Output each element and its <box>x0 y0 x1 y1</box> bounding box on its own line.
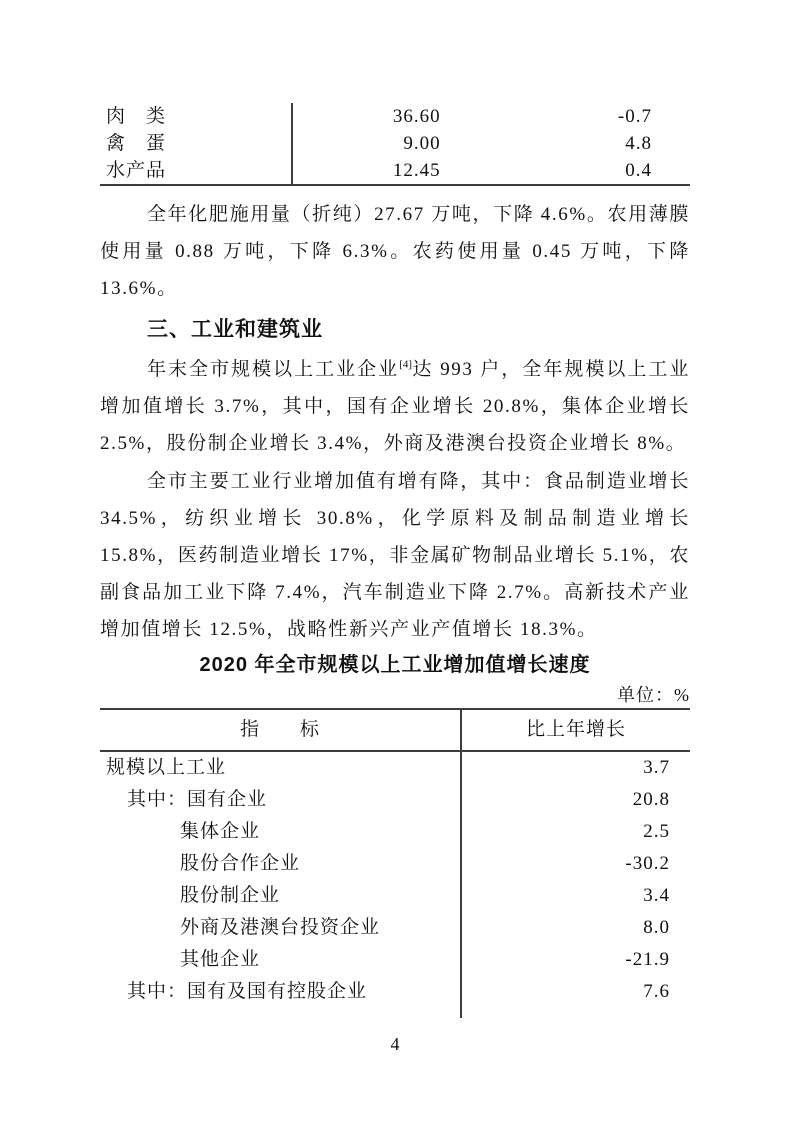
product-growth-cell: 0.4 <box>441 157 690 185</box>
table-row: 水产品 12.45 0.4 <box>100 157 690 185</box>
product-output-cell: 36.60 <box>292 103 441 130</box>
indicator-cell: 其中：国有及国有控股企业 <box>100 976 461 1018</box>
indicator-cell: 规模以上工业 <box>100 751 461 784</box>
footnote-marker: [4] <box>399 359 412 371</box>
table-row: 其中：国有企业 20.8 <box>100 784 690 816</box>
product-name-cell: 水产品 <box>100 157 292 185</box>
unit-label: 单位：% <box>100 682 690 708</box>
product-output-cell: 9.00 <box>292 130 441 157</box>
table-header-row: 指 标 比上年增长 <box>100 709 690 751</box>
header-indicator: 指 标 <box>100 709 461 751</box>
table-row: 集体企业 2.5 <box>100 816 690 848</box>
value-cell: 7.6 <box>461 976 690 1018</box>
indicator-cell: 其他企业 <box>100 944 461 976</box>
product-output-cell: 12.45 <box>292 157 441 185</box>
value-cell: 8.0 <box>461 912 690 944</box>
table-row: 股份合作企业 -30.2 <box>100 848 690 880</box>
value-cell: 3.7 <box>461 751 690 784</box>
page-number: 4 <box>100 1032 690 1056</box>
paragraph-industry: 年末全市规模以上工业企业[4]达 993 户，全年规模以上工业增加值增长 3.7… <box>100 351 690 462</box>
product-name-cell: 禽 蛋 <box>100 130 292 157</box>
paragraph-fertilizer: 全年化肥施用量（折纯）27.67 万吨，下降 4.6%。农用薄膜使用量 0.88… <box>100 196 690 307</box>
table-row: 其他企业 -21.9 <box>100 944 690 976</box>
paragraph-sectors: 全市主要工业行业增加值有增有降，其中：食品制造业增长 34.5%，纺织业增长 3… <box>100 463 690 648</box>
indicator-cell: 股份合作企业 <box>100 848 461 880</box>
value-cell: -30.2 <box>461 848 690 880</box>
value-cell: -21.9 <box>461 944 690 976</box>
table-row: 规模以上工业 3.7 <box>100 751 690 784</box>
indicator-cell: 其中：国有企业 <box>100 784 461 816</box>
indicator-cell: 股份制企业 <box>100 880 461 912</box>
document-page: 肉 类 36.60 -0.7 禽 蛋 9.00 4.8 水产品 12.45 0.… <box>0 0 793 1122</box>
table-row: 禽 蛋 9.00 4.8 <box>100 130 690 157</box>
indicator-cell: 集体企业 <box>100 816 461 848</box>
indicator-cell: 外商及港澳台投资企业 <box>100 912 461 944</box>
table-row: 其中：国有及国有控股企业 7.6 <box>100 976 690 1018</box>
products-table: 肉 类 36.60 -0.7 禽 蛋 9.00 4.8 水产品 12.45 0.… <box>100 103 690 186</box>
product-growth-cell: 4.8 <box>441 130 690 157</box>
paragraph-industry-text: 年末全市规模以上工业企业 <box>147 359 399 380</box>
table-row: 肉 类 36.60 -0.7 <box>100 103 690 130</box>
product-growth-cell: -0.7 <box>441 103 690 130</box>
header-growth: 比上年增长 <box>461 709 690 751</box>
page-content: 肉 类 36.60 -0.7 禽 蛋 9.00 4.8 水产品 12.45 0.… <box>100 0 690 1056</box>
growth-table-title: 2020 年全市规模以上工业增加值增长速度 <box>100 650 690 680</box>
product-name-cell: 肉 类 <box>100 103 292 130</box>
value-cell: 3.4 <box>461 880 690 912</box>
table-row: 外商及港澳台投资企业 8.0 <box>100 912 690 944</box>
section-heading-industry: 三、工业和建筑业 <box>100 315 690 345</box>
growth-table: 指 标 比上年增长 规模以上工业 3.7 其中：国有企业 20.8 集体企业 2… <box>100 708 690 1018</box>
value-cell: 20.8 <box>461 784 690 816</box>
value-cell: 2.5 <box>461 816 690 848</box>
table-row: 股份制企业 3.4 <box>100 880 690 912</box>
